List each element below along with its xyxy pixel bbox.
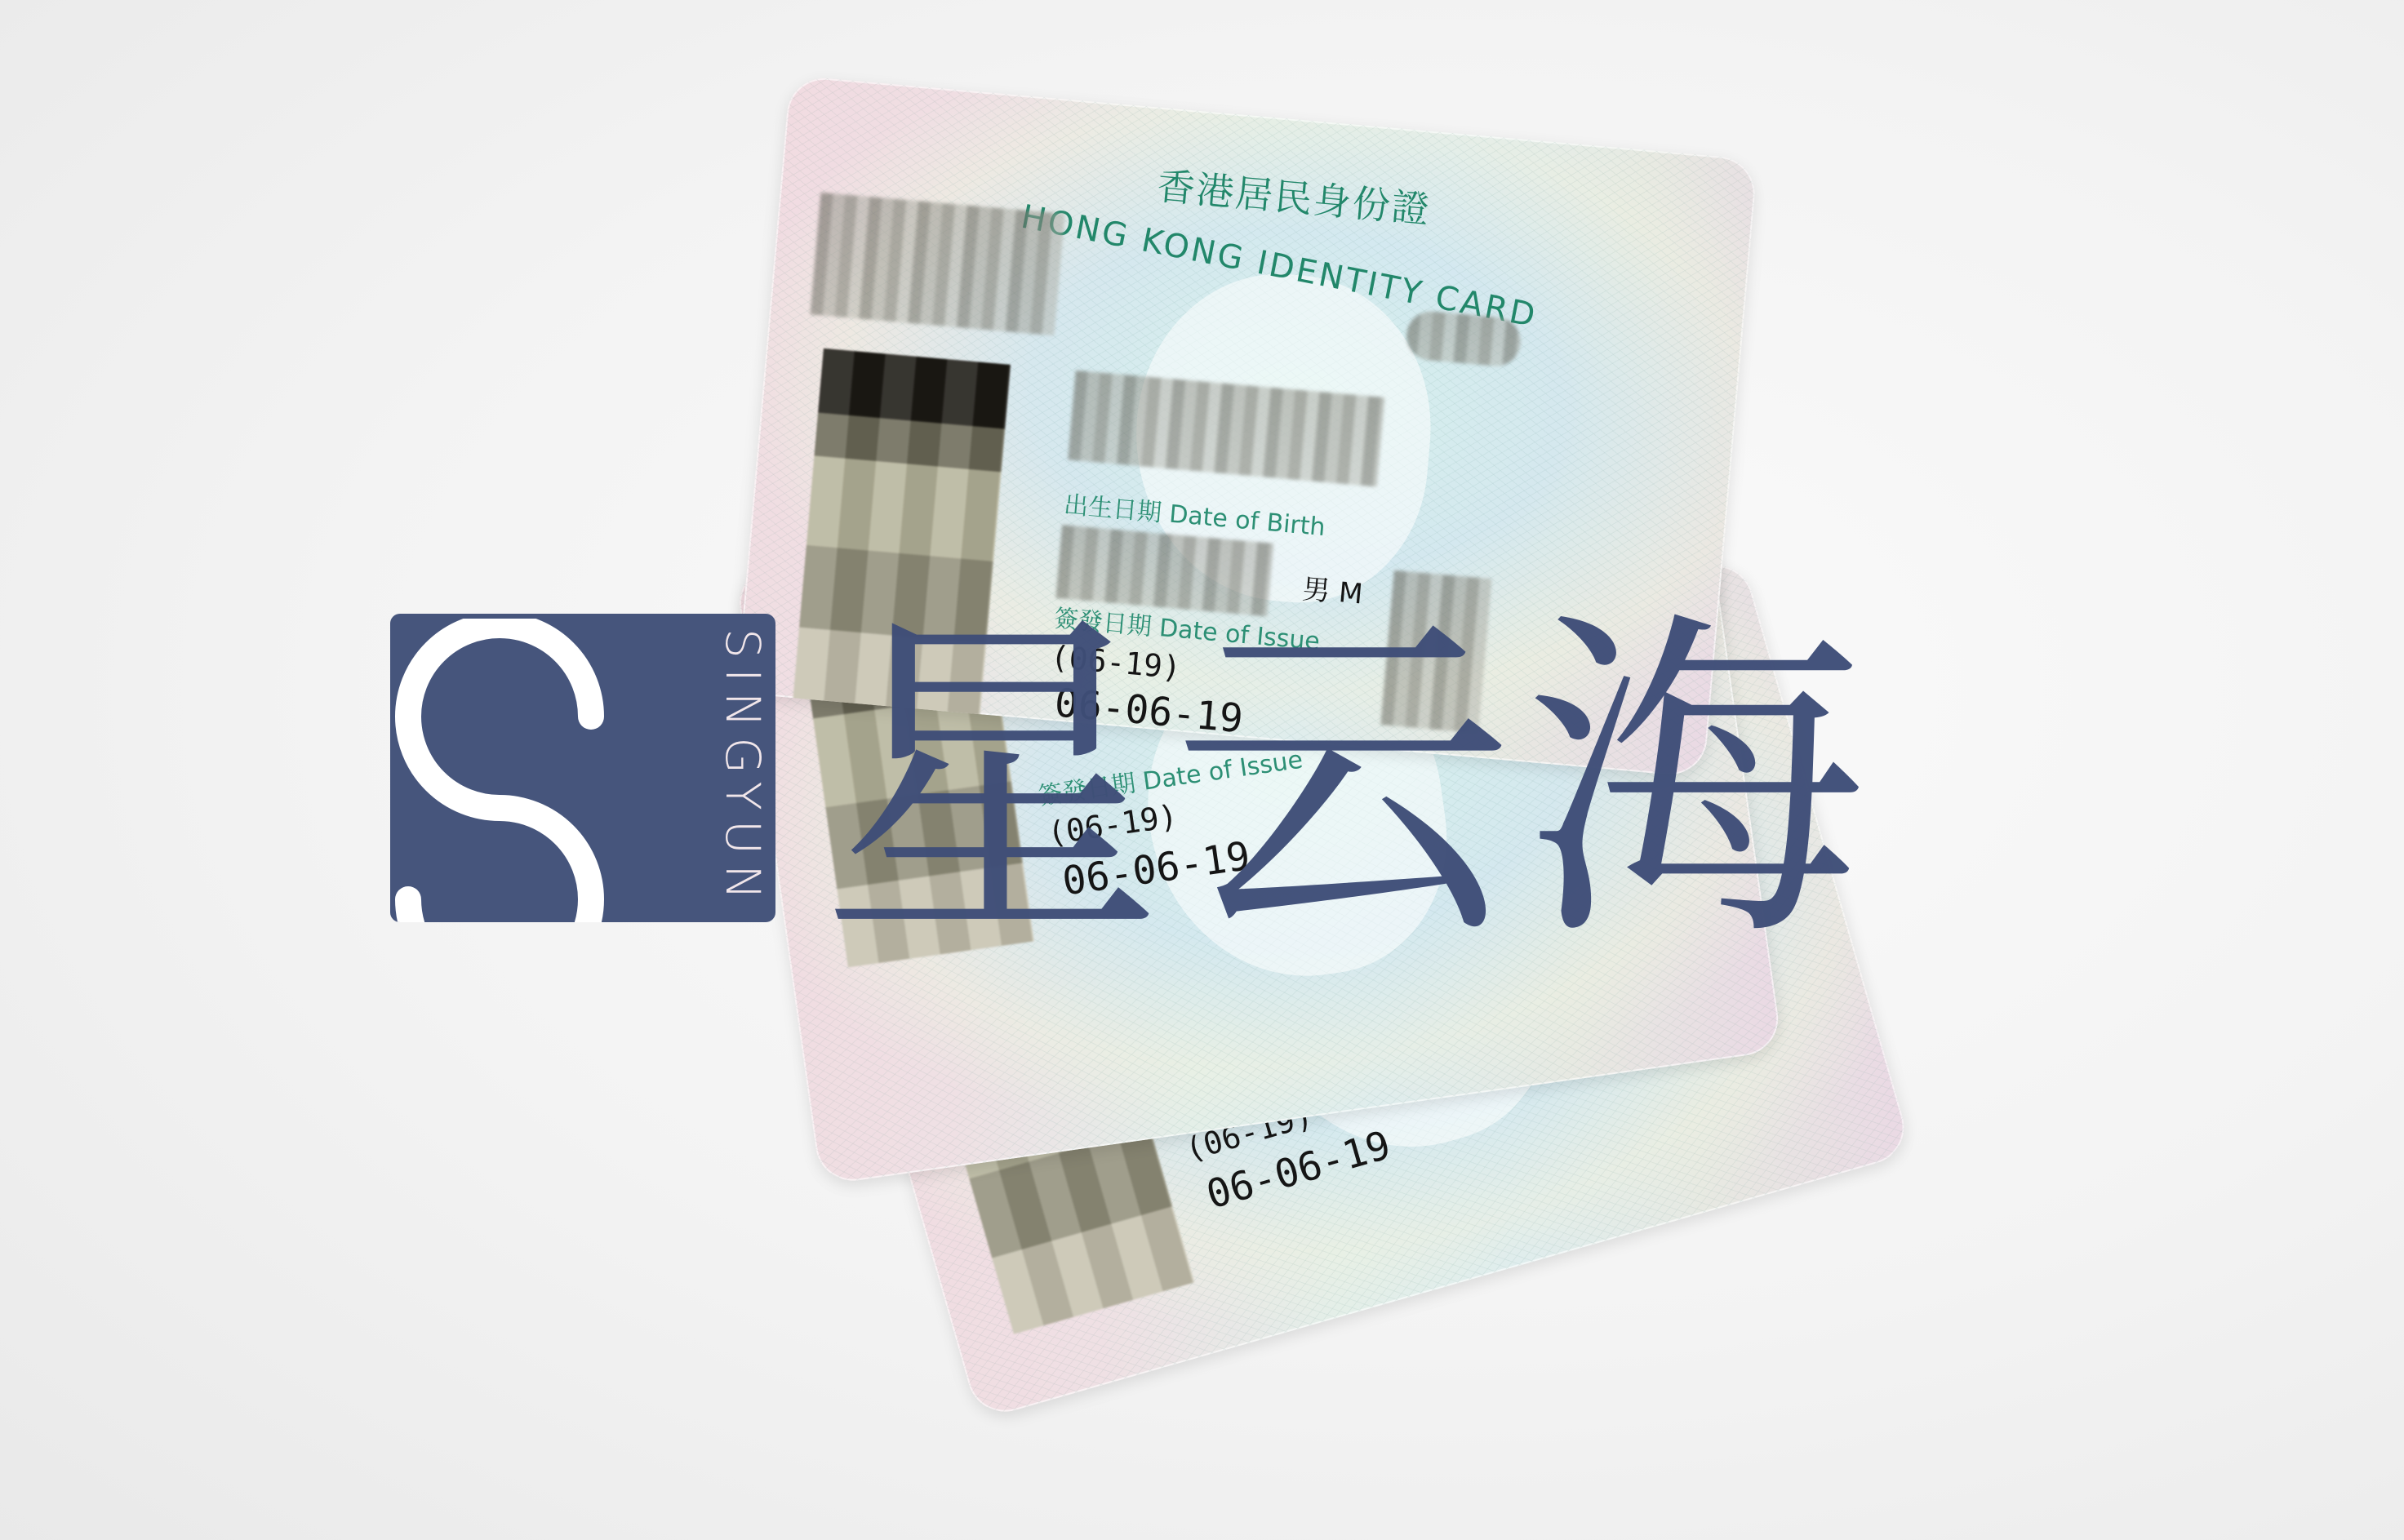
brand-logo: SINGYUN (390, 614, 775, 922)
brand-wordmark-zh: 星云海 (820, 620, 1873, 947)
redacted-chinese-name (811, 193, 1065, 336)
brand-wordmark-en: SINGYUN (718, 628, 767, 914)
image-stage: 出生日期 簽發日期 Date of Issue (06-19) 06-06-19… (0, 0, 2404, 1540)
s-logo-icon (395, 619, 607, 922)
